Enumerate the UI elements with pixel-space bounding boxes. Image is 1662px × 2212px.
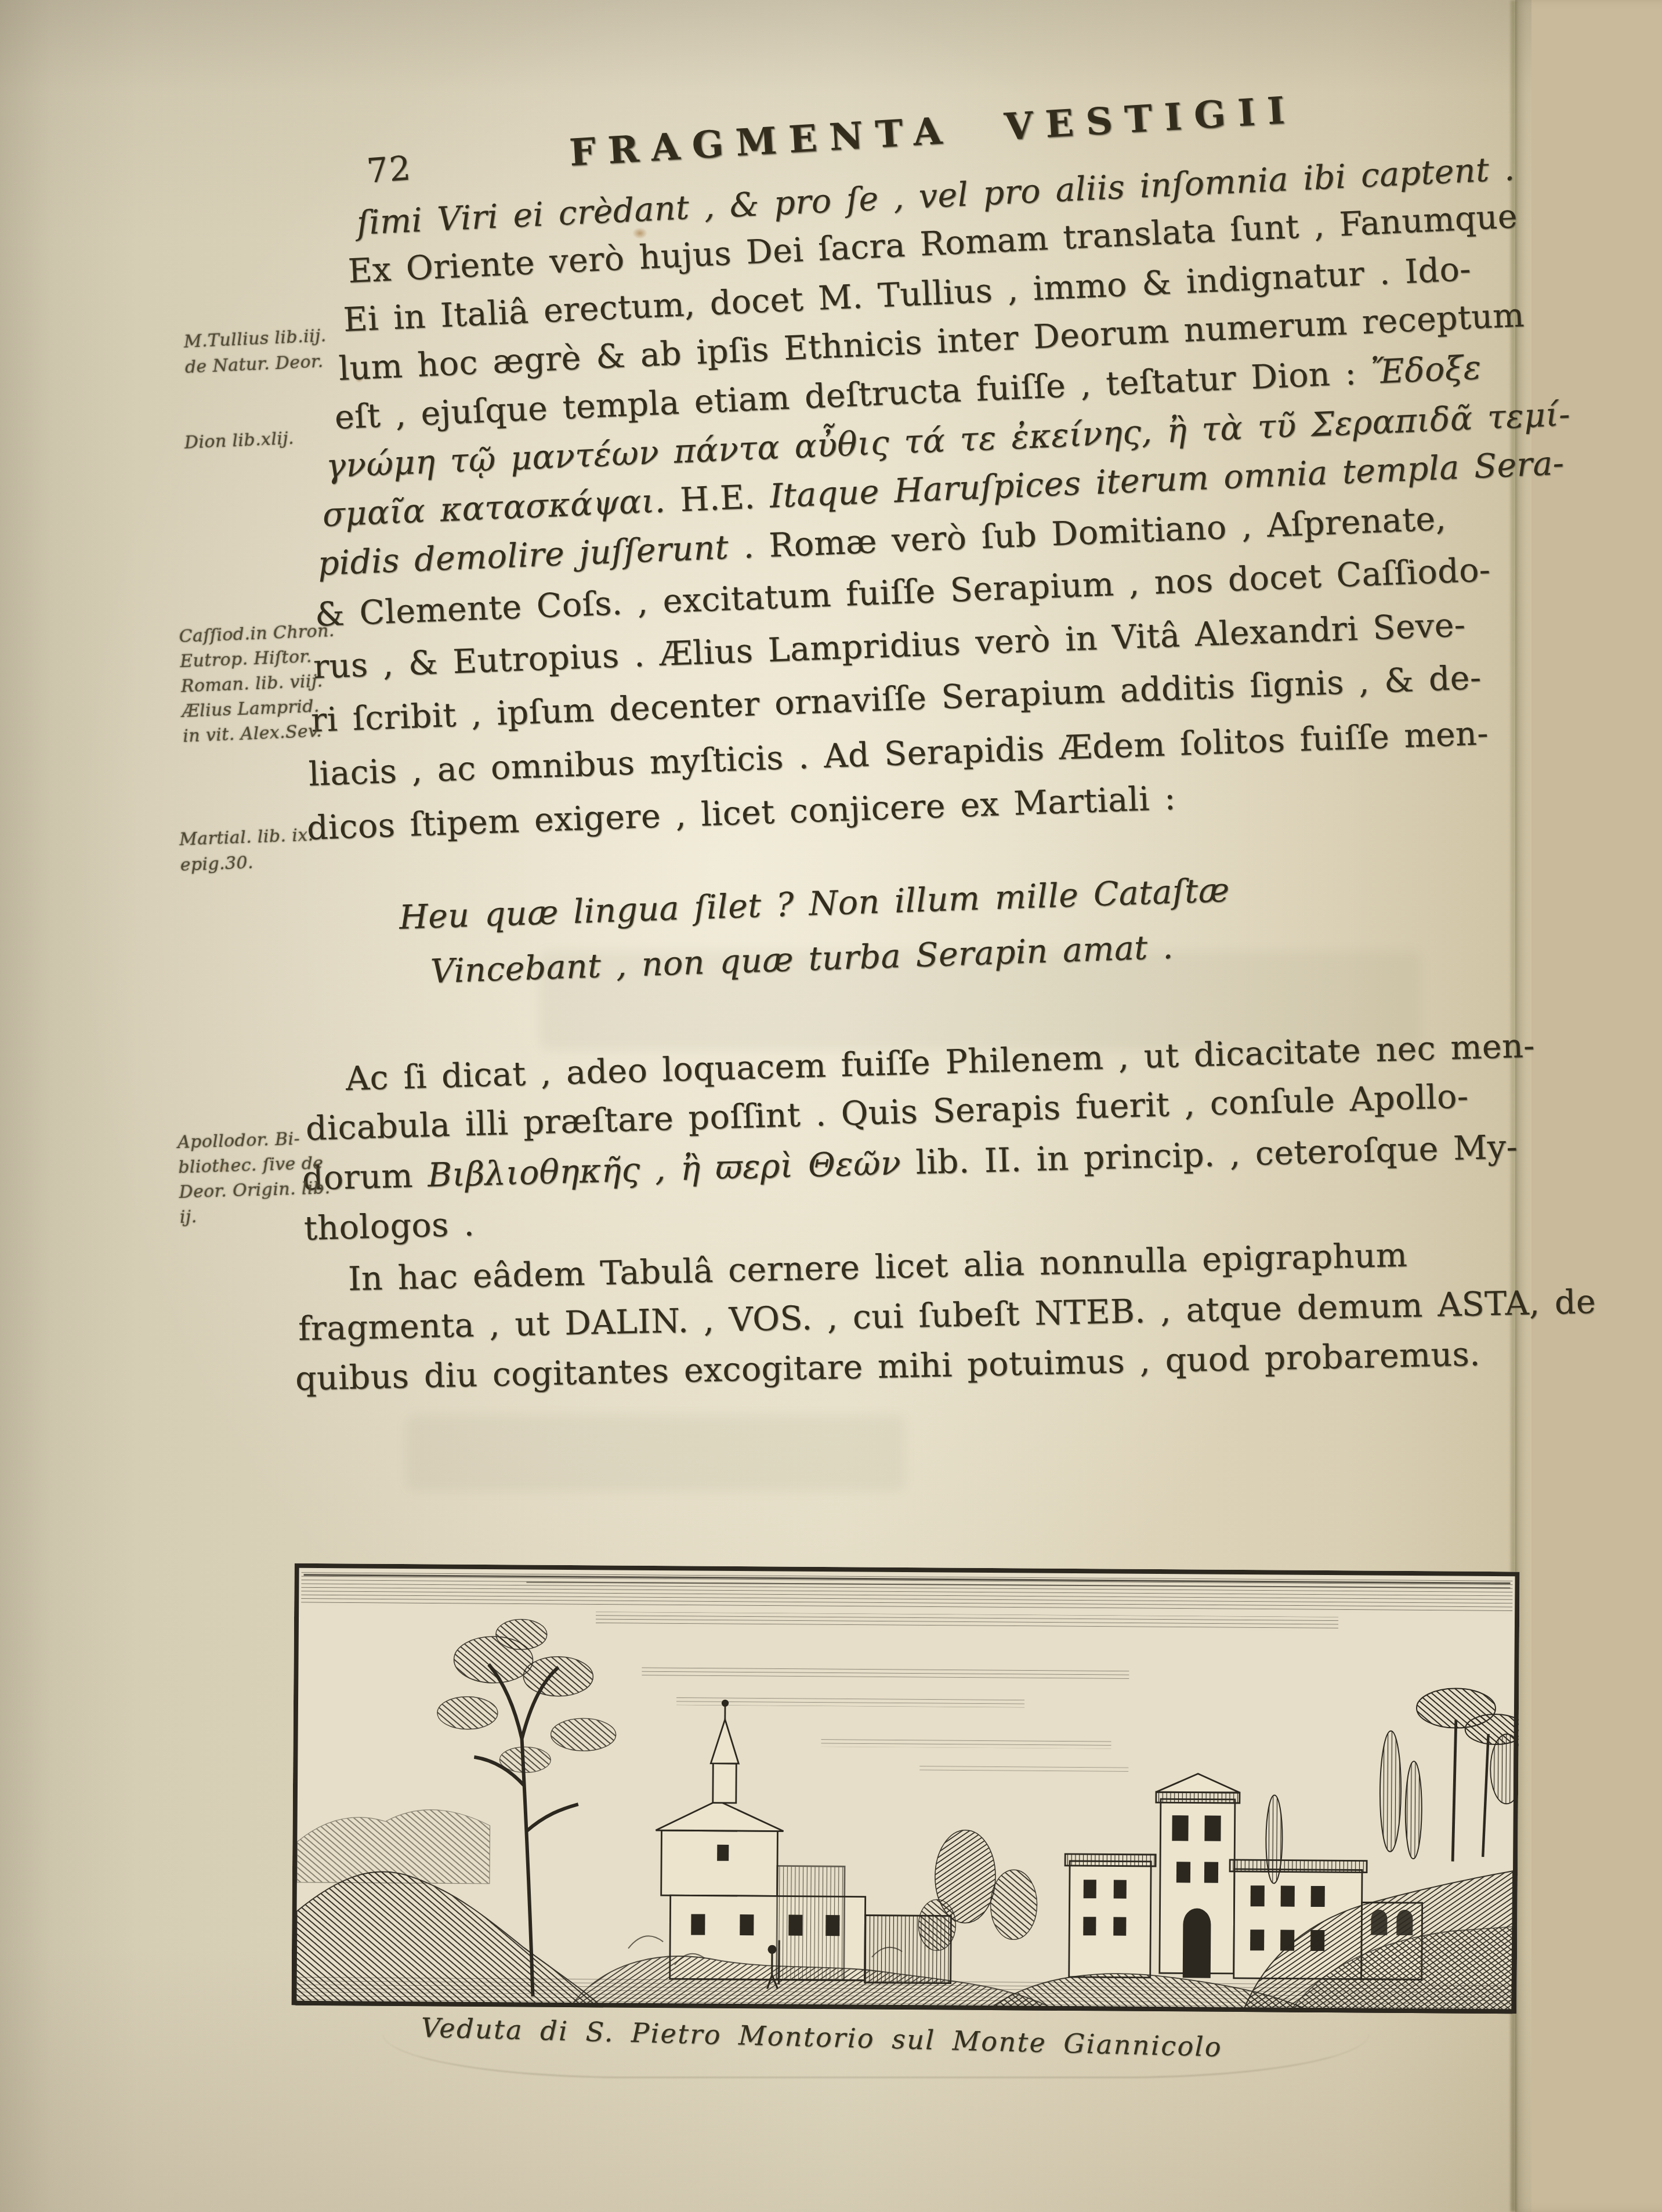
margin-note-apollodorus: Apollodor. Bi- bliothec. ſive de Deor. O… [177, 1125, 331, 1230]
margin-note-martial: Martial. lib. ix. epig.30. [179, 823, 314, 878]
text-segment: H.E. [665, 477, 771, 520]
engraving-veduta [291, 1563, 1519, 2014]
margin-note-dion: Dion lib.xlij. [184, 426, 295, 456]
verso-show-through [406, 1415, 905, 1491]
text-segment: Ἔδοξε [1370, 349, 1482, 392]
book-photo: 72 FRAGMENTA VESTIGII ſimi Viri ei crèda… [0, 0, 1662, 2212]
margin-note-cassiodorus: Caſſiod.in Chron. Eutrop. Hiſtor. Roman.… [179, 618, 339, 749]
margin-note-tullius: M.Tullius lib.iij. de Natur. Deor. [183, 323, 328, 381]
engraving-image [291, 1563, 1519, 2014]
page-number: 72 [365, 148, 413, 190]
